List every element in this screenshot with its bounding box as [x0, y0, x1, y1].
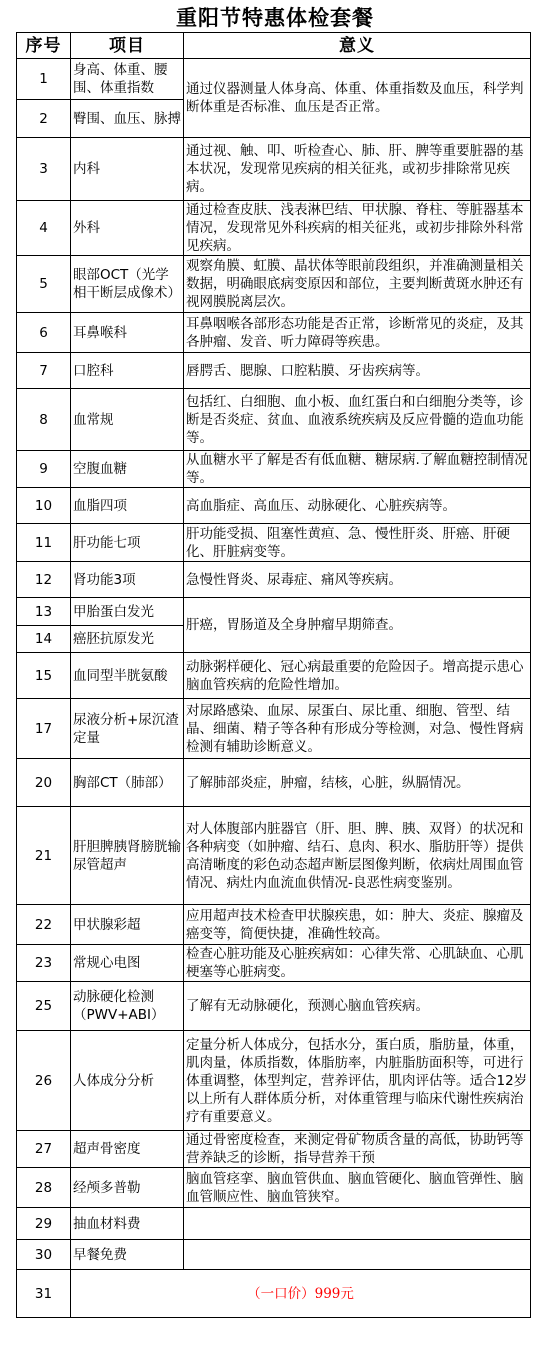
row-meaning	[184, 1208, 531, 1240]
page-title: 重阳节特惠体检套餐	[0, 4, 550, 32]
row-meaning: 检查心脏功能及心脏疾病如：心律失常、心肌缺血、心肌梗塞等心脏病变。	[184, 945, 531, 982]
row-meaning: 对尿路感染、血尿、尿蛋白、尿比重、细胞、管型、结晶、细菌、精子等各种有形成分等检…	[184, 699, 531, 759]
table-row: 12 肾功能3项 急慢性肾炎、尿毒症、痛风等疾病。	[17, 562, 531, 598]
row-no: 28	[17, 1168, 71, 1208]
table-row: 1 身高、体重、腰围、体重指数 通过仪器测量人体身高、体重、体重指数及血压，科学…	[17, 59, 531, 100]
row-no: 23	[17, 945, 71, 982]
row-no: 10	[17, 488, 71, 524]
row-no: 2	[17, 100, 71, 138]
table-row: 10 血脂四项 高血脂症、高血压、动脉硬化、心脏疾病等。	[17, 488, 531, 524]
row-no: 25	[17, 982, 71, 1031]
row-item: 肝功能七项	[71, 524, 184, 562]
row-meaning: 肝功能受损、阻塞性黄疸、急、慢性肝炎、肝癌、肝硬化、肝脏病变等。	[184, 524, 531, 562]
table-row: 25 动脉硬化检测（PWV+ABI） 了解有无动脉硬化，预测心脑血管疾病。	[17, 982, 531, 1031]
row-item: 血同型半胱氨酸	[71, 653, 184, 699]
row-no: 6	[17, 313, 71, 353]
row-meaning	[184, 1240, 531, 1270]
row-meaning: 通过检查皮肤、浅表淋巴结、甲状腺、脊柱、等脏器基本情况，发现常见外科疾病的相关征…	[184, 201, 531, 256]
row-item: 耳鼻喉科	[71, 313, 184, 353]
row-item: 常规心电图	[71, 945, 184, 982]
price-row: 31 （一口价）999元	[17, 1270, 531, 1318]
row-meaning: 应用超声技术检查甲状腺疾患，如：肿大、炎症、腺瘤及癌变等，简便快捷，准确性较高。	[184, 905, 531, 945]
row-meaning: 通过仪器测量人体身高、体重、体重指数及血压，科学判断体重是否标准、血压是否正常。	[184, 59, 531, 138]
row-meaning: 动脉粥样硬化、冠心病最重要的危险因子。增高提示患心脑血管疾病的危险性增加。	[184, 653, 531, 699]
table-row: 3 内科 通过视、触、叩、听检查心、肺、肝、脾等重要脏器的基本状况，发现常见疾病…	[17, 138, 531, 201]
table-row: 7 口腔科 唇腭舌、腮腺、口腔粘膜、牙齿疾病等。	[17, 353, 531, 389]
row-item: 甲胎蛋白发光	[71, 598, 184, 626]
row-meaning: 从血糖水平了解是否有低血糖、糖尿病.了解血糖控制情况等。	[184, 451, 531, 488]
row-no: 8	[17, 389, 71, 451]
row-item: 内科	[71, 138, 184, 201]
table-row: 30 早餐免费	[17, 1240, 531, 1270]
row-no: 11	[17, 524, 71, 562]
row-no: 20	[17, 759, 71, 807]
row-item: 胸部CT（肺部）	[71, 759, 184, 807]
row-meaning: 包括红、白细胞、血小板、血红蛋白和白细胞分类等，诊断是否炎症、贫血、血液系统疾病…	[184, 389, 531, 451]
row-meaning: 高血脂症、高血压、动脉硬化、心脏疾病等。	[184, 488, 531, 524]
row-item: 抽血材料费	[71, 1208, 184, 1240]
row-meaning: 唇腭舌、腮腺、口腔粘膜、牙齿疾病等。	[184, 353, 531, 389]
table-row: 26 人体成分分析 定量分析人体成分，包括水分，蛋白质，脂肪量，体重，肌肉量，体…	[17, 1031, 531, 1131]
row-item: 身高、体重、腰围、体重指数	[71, 59, 184, 100]
row-no: 31	[17, 1270, 71, 1318]
row-meaning: 脑血管痉挛、脑血管供血、脑血管硬化、脑血管弹性、脑血管顺应性、脑血管狭窄。	[184, 1168, 531, 1208]
row-item: 动脉硬化检测（PWV+ABI）	[71, 982, 184, 1031]
row-meaning: 通过视、触、叩、听检查心、肺、肝、脾等重要脏器的基本状况，发现常见疾病的相关征兆…	[184, 138, 531, 201]
row-no: 27	[17, 1131, 71, 1168]
header-meaning: 意义	[184, 33, 531, 59]
table-row: 6 耳鼻喉科 耳鼻咽喉各部形态功能是否正常，诊断常见的炎症，及其各肿瘤、发音、听…	[17, 313, 531, 353]
row-meaning: 了解有无动脉硬化，预测心脑血管疾病。	[184, 982, 531, 1031]
table-row: 28 经颅多普勒 脑血管痉挛、脑血管供血、脑血管硬化、脑血管弹性、脑血管顺应性、…	[17, 1168, 531, 1208]
row-meaning: 耳鼻咽喉各部形态功能是否正常，诊断常见的炎症，及其各肿瘤、发音、听力障碍等疾患。	[184, 313, 531, 353]
checkup-package-table: 序号 项目 意义 1 身高、体重、腰围、体重指数 通过仪器测量人体身高、体重、体…	[16, 32, 531, 1318]
row-no: 5	[17, 256, 71, 313]
row-meaning: 通过骨密度检查，来测定骨矿物质含量的高低，协助钙等营养缺乏的诊断，指导营养干预	[184, 1131, 531, 1168]
row-item: 早餐免费	[71, 1240, 184, 1270]
row-item: 尿液分析+尿沉渣定量	[71, 699, 184, 759]
row-no: 13	[17, 598, 71, 626]
row-meaning: 急慢性肾炎、尿毒症、痛风等疾病。	[184, 562, 531, 598]
table-row: 13 甲胎蛋白发光 肝癌，胃肠道及全身肿瘤早期筛查。	[17, 598, 531, 626]
row-meaning: 对人体腹部内脏器官（肝、胆、脾、胰、双肾）的状况和各种病变（如肿瘤、结石、息肉、…	[184, 807, 531, 905]
table-header-row: 序号 项目 意义	[17, 33, 531, 59]
table-row: 23 常规心电图 检查心脏功能及心脏疾病如：心律失常、心肌缺血、心肌梗塞等心脏病…	[17, 945, 531, 982]
table-row: 4 外科 通过检查皮肤、浅表淋巴结、甲状腺、脊柱、等脏器基本情况，发现常见外科疾…	[17, 201, 531, 256]
row-item: 臀围、血压、脉搏	[71, 100, 184, 138]
table-row: 20 胸部CT（肺部） 了解肺部炎症，肿瘤，结核，心脏，纵膈情况。	[17, 759, 531, 807]
row-item: 血脂四项	[71, 488, 184, 524]
table-row: 27 超声骨密度 通过骨密度检查，来测定骨矿物质含量的高低，协助钙等营养缺乏的诊…	[17, 1131, 531, 1168]
row-item: 肝胆脾胰肾膀胱输尿管超声	[71, 807, 184, 905]
table-row: 17 尿液分析+尿沉渣定量 对尿路感染、血尿、尿蛋白、尿比重、细胞、管型、结晶、…	[17, 699, 531, 759]
row-item: 眼部OCT（光学相干断层成像术）	[71, 256, 184, 313]
table-row: 11 肝功能七项 肝功能受损、阻塞性黄疸、急、慢性肝炎、肝癌、肝硬化、肝脏病变等…	[17, 524, 531, 562]
table-row: 5 眼部OCT（光学相干断层成像术） 观察角膜、虹膜、晶状体等眼前段组织，并准确…	[17, 256, 531, 313]
row-item: 经颅多普勒	[71, 1168, 184, 1208]
row-meaning: 肝癌，胃肠道及全身肿瘤早期筛查。	[184, 598, 531, 653]
row-no: 17	[17, 699, 71, 759]
table-row: 8 血常规 包括红、白细胞、血小板、血红蛋白和白细胞分类等，诊断是否炎症、贫血、…	[17, 389, 531, 451]
row-item: 口腔科	[71, 353, 184, 389]
package-price: （一口价）999元	[71, 1270, 531, 1318]
row-no: 4	[17, 201, 71, 256]
row-no: 9	[17, 451, 71, 488]
row-item: 肾功能3项	[71, 562, 184, 598]
header-no: 序号	[17, 33, 71, 59]
table-row: 15 血同型半胱氨酸 动脉粥样硬化、冠心病最重要的危险因子。增高提示患心脑血管疾…	[17, 653, 531, 699]
row-no: 26	[17, 1031, 71, 1131]
row-no: 22	[17, 905, 71, 945]
row-no: 12	[17, 562, 71, 598]
row-no: 15	[17, 653, 71, 699]
row-no: 30	[17, 1240, 71, 1270]
table-row: 29 抽血材料费	[17, 1208, 531, 1240]
row-no: 7	[17, 353, 71, 389]
row-item: 空腹血糖	[71, 451, 184, 488]
row-no: 1	[17, 59, 71, 100]
row-item: 人体成分分析	[71, 1031, 184, 1131]
table-row: 22 甲状腺彩超 应用超声技术检查甲状腺疾患，如：肿大、炎症、腺瘤及癌变等，简便…	[17, 905, 531, 945]
row-item: 血常规	[71, 389, 184, 451]
row-meaning: 观察角膜、虹膜、晶状体等眼前段组织，并准确测量相关数据，明确眼底病变原因和部位，…	[184, 256, 531, 313]
row-item: 外科	[71, 201, 184, 256]
row-item: 甲状腺彩超	[71, 905, 184, 945]
table-row: 9 空腹血糖 从血糖水平了解是否有低血糖、糖尿病.了解血糖控制情况等。	[17, 451, 531, 488]
row-no: 3	[17, 138, 71, 201]
row-meaning: 了解肺部炎症，肿瘤，结核，心脏，纵膈情况。	[184, 759, 531, 807]
row-item: 超声骨密度	[71, 1131, 184, 1168]
header-item: 项目	[71, 33, 184, 59]
row-no: 21	[17, 807, 71, 905]
row-meaning: 定量分析人体成分，包括水分，蛋白质，脂肪量，体重，肌肉量，体质指数，体脂肪率，内…	[184, 1031, 531, 1131]
row-item: 癌胚抗原发光	[71, 626, 184, 653]
row-no: 14	[17, 626, 71, 653]
table-row: 21 肝胆脾胰肾膀胱输尿管超声 对人体腹部内脏器官（肝、胆、脾、胰、双肾）的状况…	[17, 807, 531, 905]
row-no: 29	[17, 1208, 71, 1240]
